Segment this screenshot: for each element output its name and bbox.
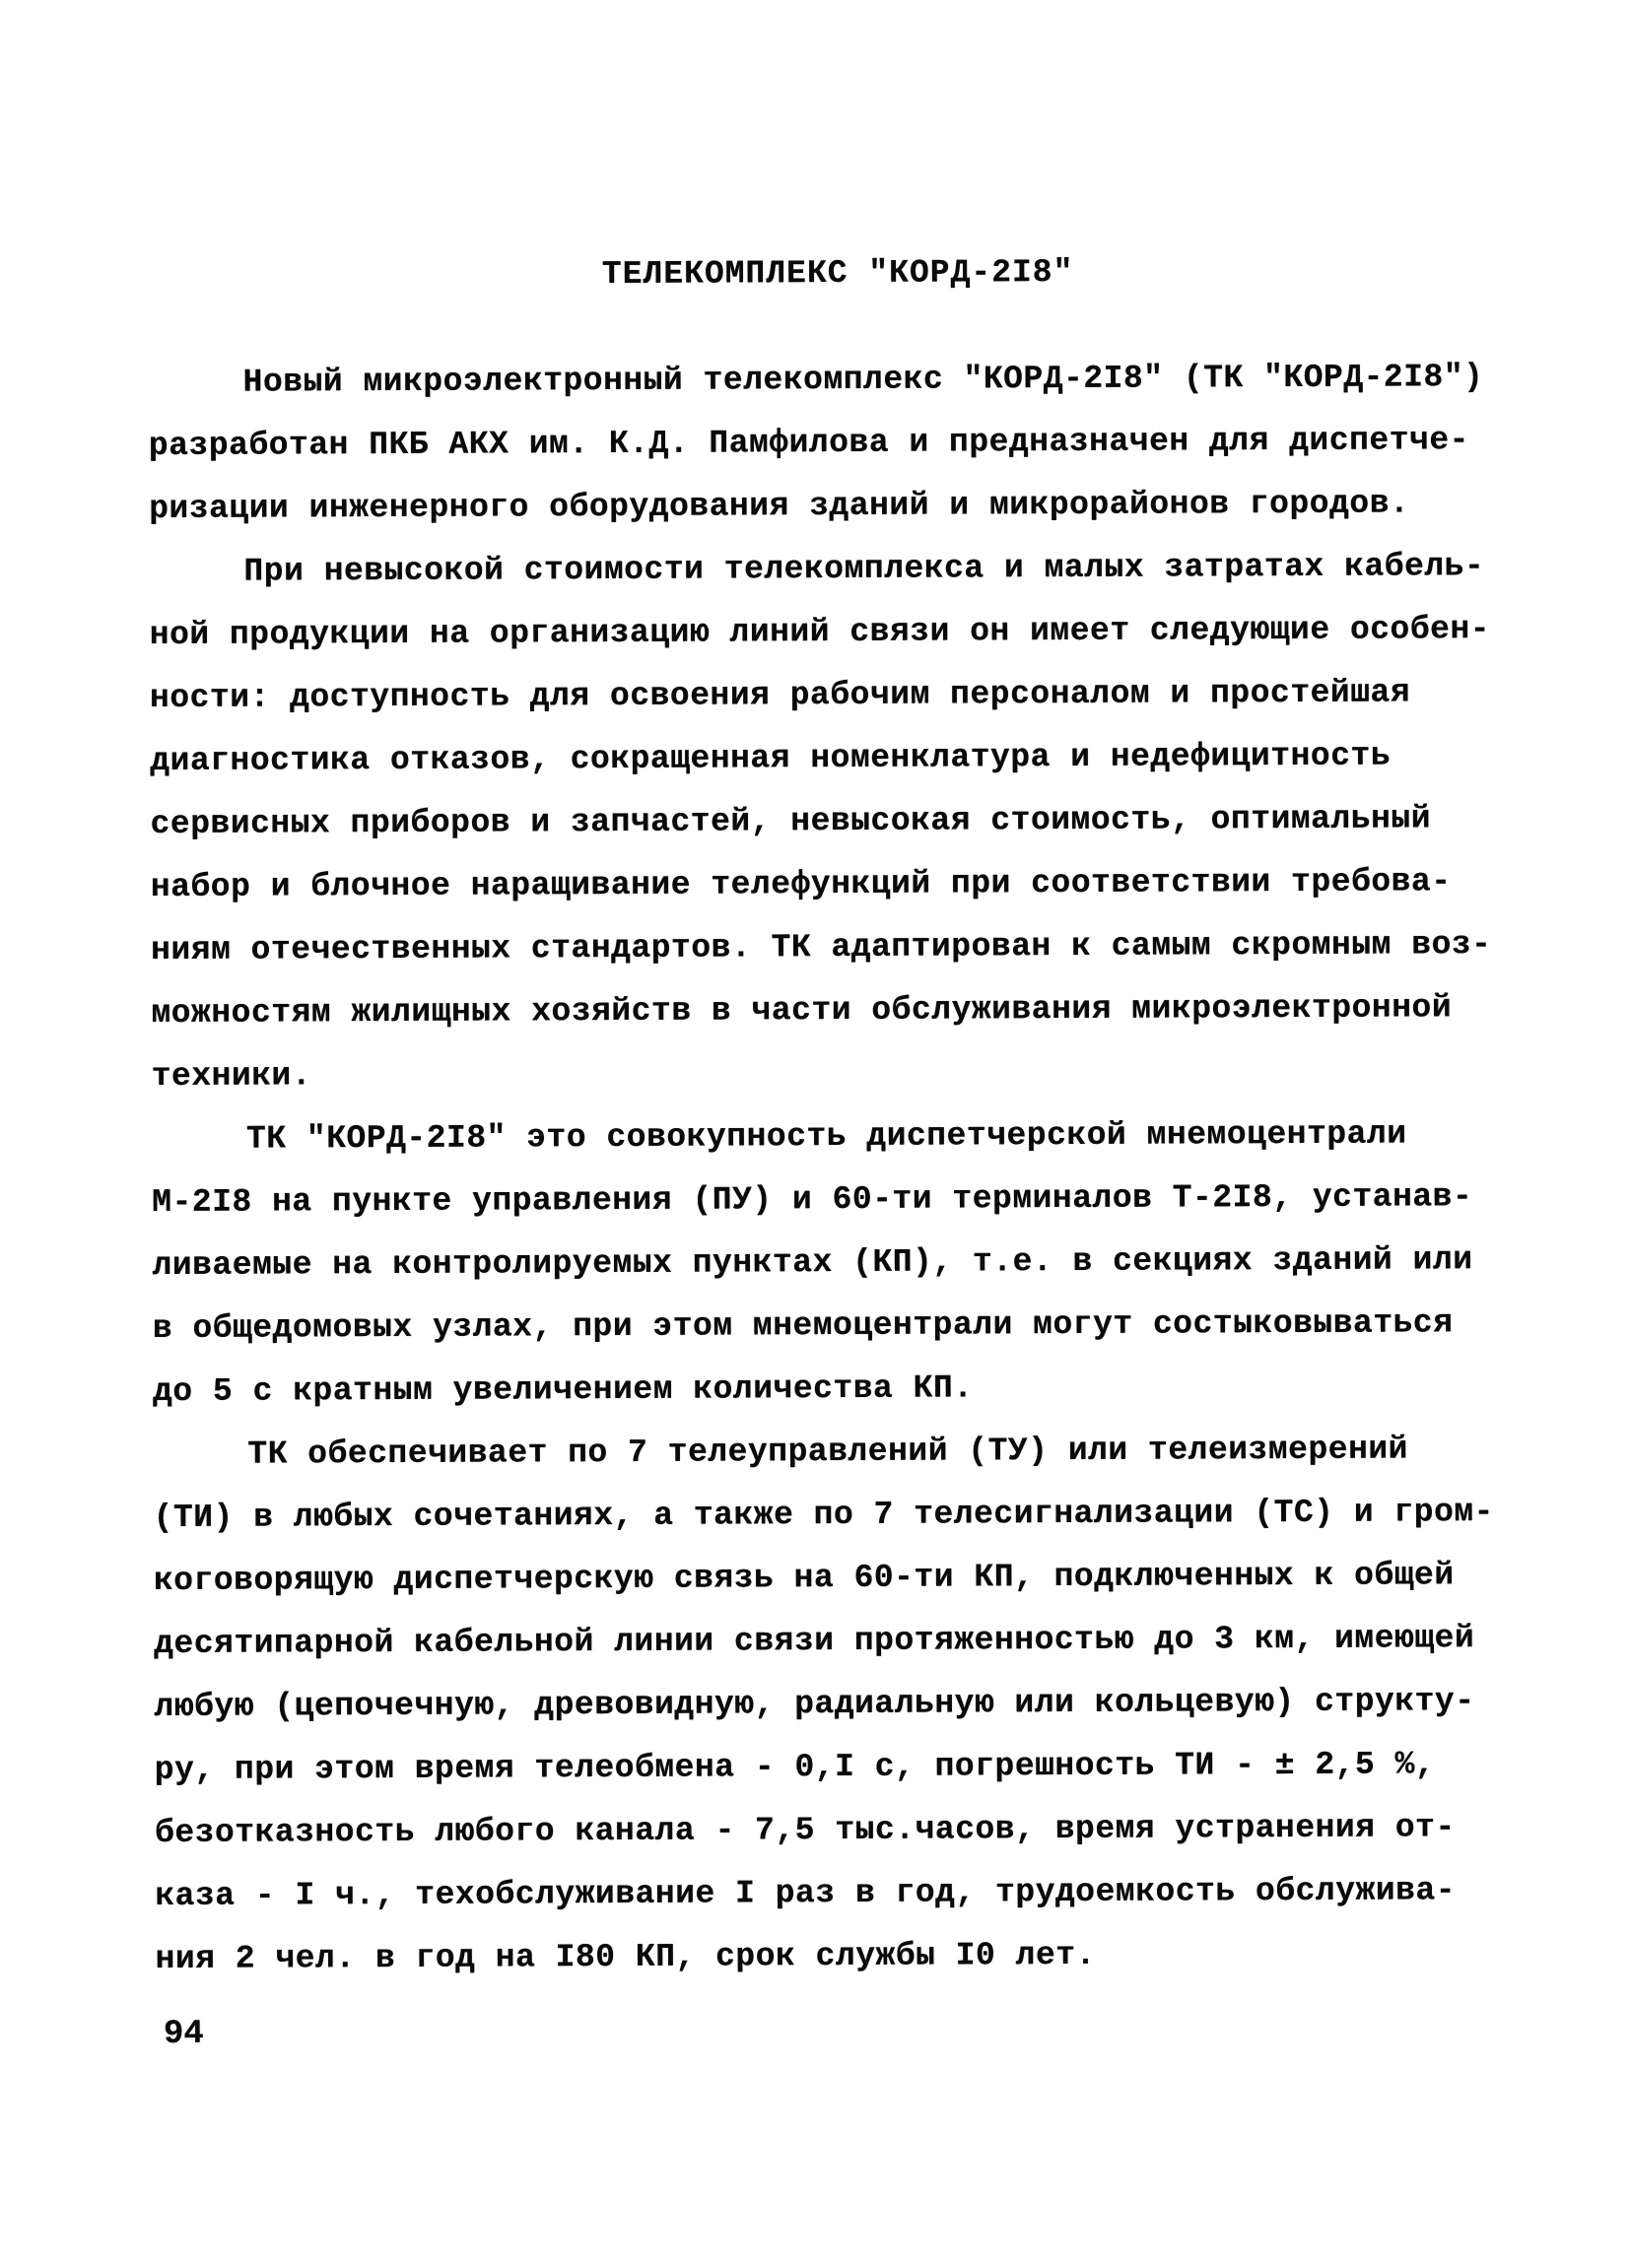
text-line: в общедомовых узлах, при этом мнемоцентр… xyxy=(153,1292,1532,1361)
text-line: любую (цепочечную, древовидную, радиальн… xyxy=(154,1670,1533,1739)
document-title: ТЕЛЕКОМПЛЕКС "КОРД-2I8" xyxy=(148,238,1528,309)
text-line: (ТИ) в любых сочетаниях, а также по 7 те… xyxy=(154,1481,1533,1550)
text-line: до 5 с кратным увеличением количества КП… xyxy=(153,1355,1532,1424)
text-line: набор и блочное наращивание телефункций … xyxy=(151,850,1530,919)
paragraph: ТК обеспечивает по 7 телеуправлений (ТУ)… xyxy=(153,1418,1535,1991)
text-line: разработан ПКБ АКХ им. К.Д. Памфилова и … xyxy=(149,409,1528,478)
text-line: каза - I ч., техобслуживание I раз в год… xyxy=(155,1859,1534,1928)
text-line: ной продукции на организацию линий связи… xyxy=(150,598,1529,667)
text-line: ниям отечественных стандартов. ТК адапти… xyxy=(151,913,1530,982)
text-line: При невысокой стоимости телекомплекса и … xyxy=(149,535,1528,604)
paragraph: При невысокой стоимости телекомплекса и … xyxy=(149,535,1530,1108)
text-line: ТК "КОРД-2I8" это совокупность диспетчер… xyxy=(152,1102,1531,1171)
paragraph: ТК "КОРД-2I8" это совокупность диспетчер… xyxy=(152,1102,1532,1424)
text-line: десятипарной кабельной линии связи протя… xyxy=(154,1607,1533,1676)
text-line: сервисных приборов и запчастей, невысока… xyxy=(150,787,1529,856)
text-line: ния 2 чел. в год на I80 КП, срок службы … xyxy=(155,1922,1534,1991)
text-line: диагностика отказов, сокращенная номенкл… xyxy=(150,724,1529,793)
text-block: ТЕЛЕКОМПЛЕКС "КОРД-2I8" Новый микроэлект… xyxy=(148,238,1535,2066)
text-line: ности: доступность для освоения рабочим … xyxy=(150,661,1529,730)
scanned-document-page: ТЕЛЕКОМПЛЕКС "КОРД-2I8" Новый микроэлект… xyxy=(0,0,1630,2268)
text-line: коговорящую диспетчерскую связь на 60-ти… xyxy=(154,1544,1533,1613)
text-line: техники. xyxy=(152,1039,1531,1108)
page-number: 94 xyxy=(156,1997,1535,2066)
text-line: ризации инженерного оборудования зданий … xyxy=(149,472,1528,541)
text-line: безотказность любого канала - 7,5 тыс.ча… xyxy=(155,1796,1534,1865)
text-line: ТК обеспечивает по 7 телеуправлений (ТУ)… xyxy=(153,1418,1532,1487)
text-line: ру, при этом время телеобмена - 0,I с, п… xyxy=(155,1733,1534,1802)
text-line: М-2I8 на пункте управления (ПУ) и 60-ти … xyxy=(152,1166,1531,1234)
text-line: можностям жилищных хозяйств в части обсл… xyxy=(151,976,1530,1045)
text-line: Новый микроэлектронный телекомплекс "КОР… xyxy=(148,346,1528,415)
paragraph: Новый микроэлектронный телекомплекс "КОР… xyxy=(148,346,1528,541)
text-line: ливаемые на контролируемых пунктах (КП),… xyxy=(152,1229,1531,1298)
